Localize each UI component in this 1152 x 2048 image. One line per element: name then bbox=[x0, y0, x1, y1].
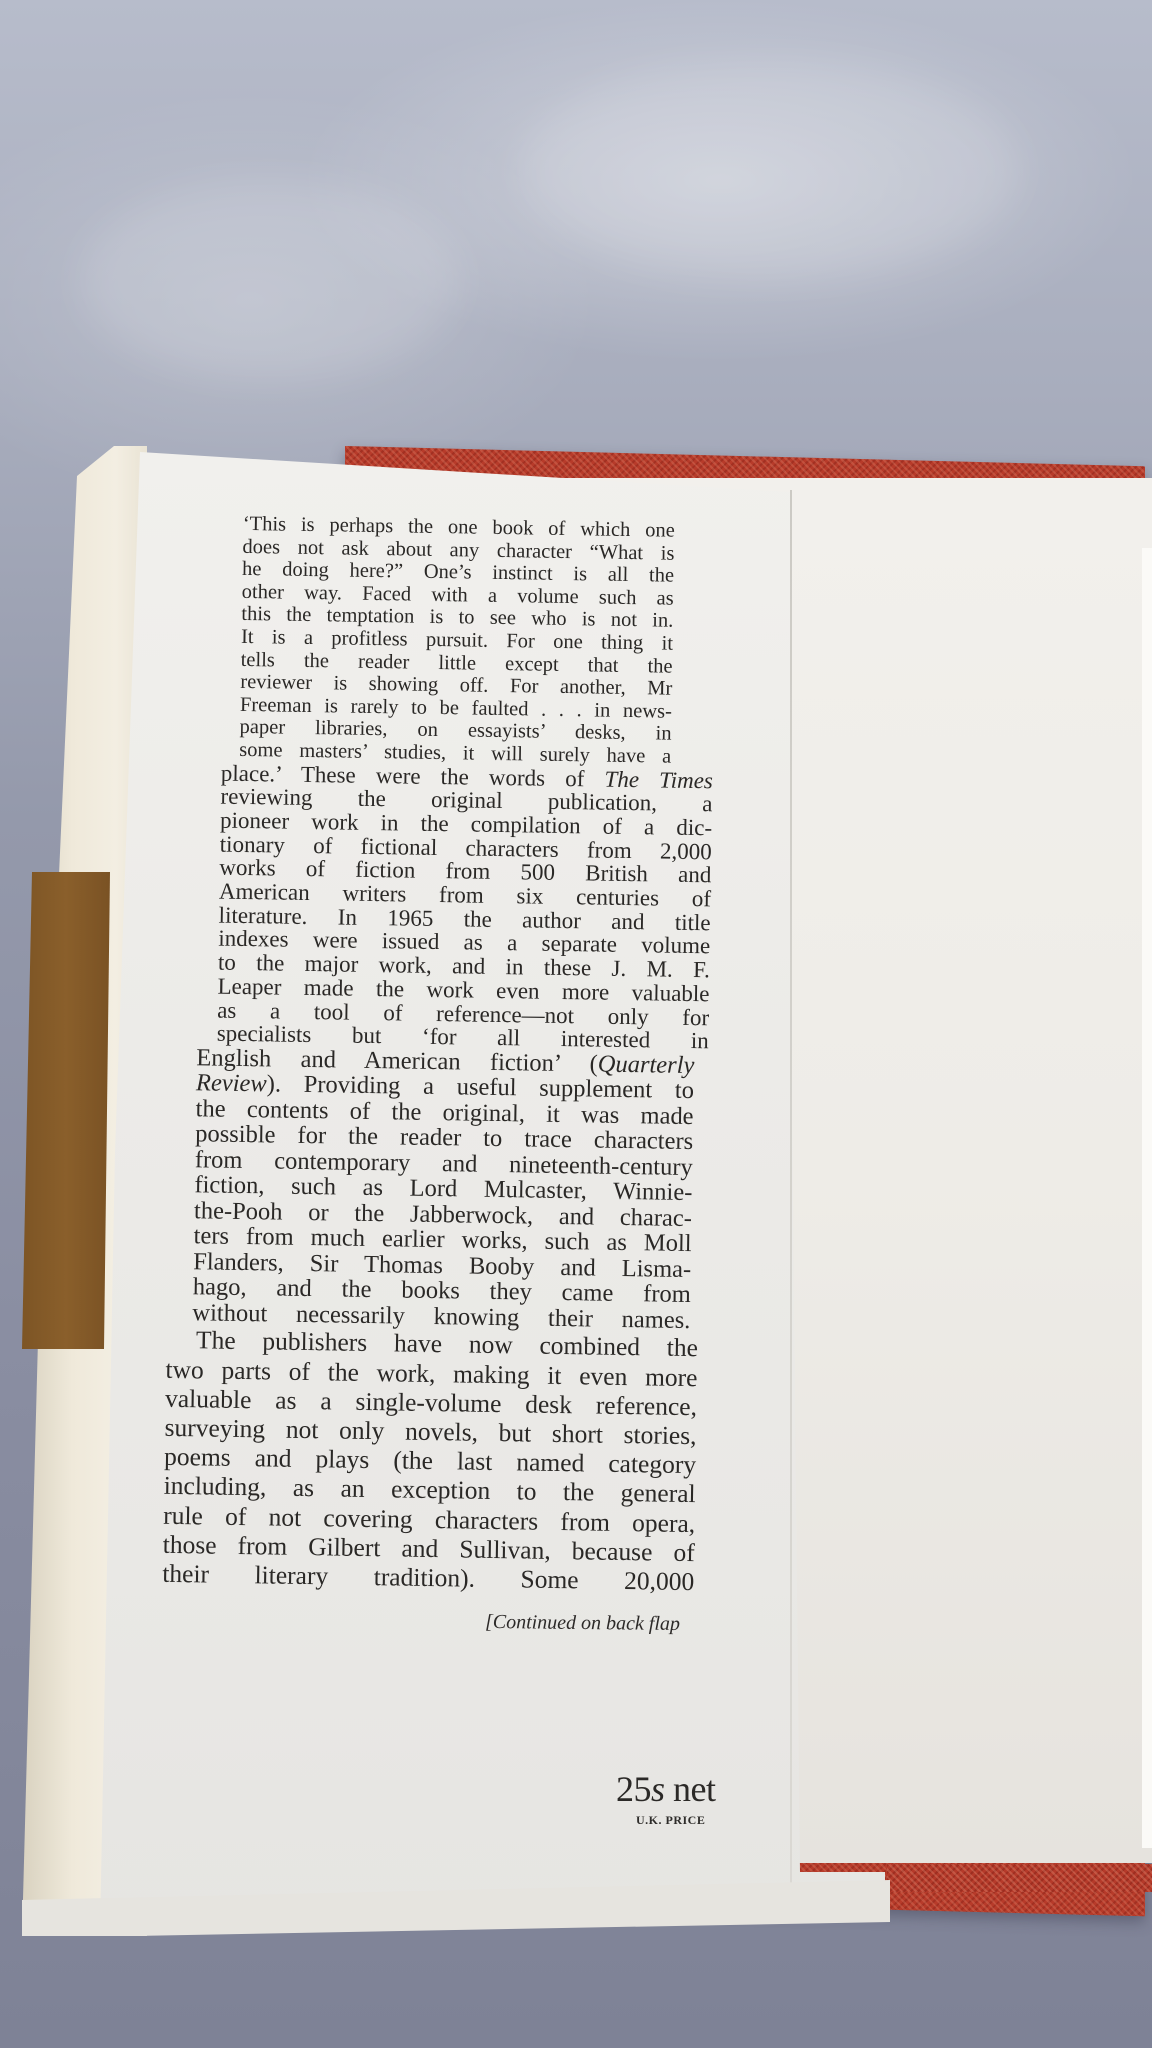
flap-edge-crease bbox=[790, 490, 792, 1920]
continued-on-back-flap-note: [Continued on back flap bbox=[485, 1611, 680, 1636]
page-edge bbox=[1142, 548, 1152, 1848]
blurb-paragraph-1-middle: place.’ These were the words of The Time… bbox=[217, 761, 713, 1053]
price-unit: s bbox=[651, 1769, 665, 1809]
publication-title-quarterly-review: Quarterly bbox=[598, 1051, 695, 1080]
cloth-fold-highlight bbox=[80, 180, 460, 380]
price: 25s net bbox=[616, 1768, 716, 1810]
publication-title-the-times: The Times bbox=[604, 766, 713, 793]
price-amount: 25 bbox=[616, 1769, 651, 1809]
price-suffix: net bbox=[665, 1769, 716, 1809]
cloth-fold-highlight bbox=[520, 60, 1020, 280]
blurb-paragraph-1-bottom: English and American fiction’ (Quarterly… bbox=[192, 1045, 694, 1333]
flap-blurb: ‘This is perhaps the one book of which o… bbox=[168, 512, 715, 1596]
blurb-paragraph-1-top: ‘This is perhaps the one book of which o… bbox=[239, 513, 675, 768]
book-board-bottom-edge bbox=[887, 1864, 1152, 1892]
blurb-paragraph-2: The publishers have now combined the two… bbox=[162, 1325, 698, 1596]
price-label: U.K. PRICE bbox=[636, 1813, 705, 1828]
spine-brown-band bbox=[22, 872, 110, 1349]
